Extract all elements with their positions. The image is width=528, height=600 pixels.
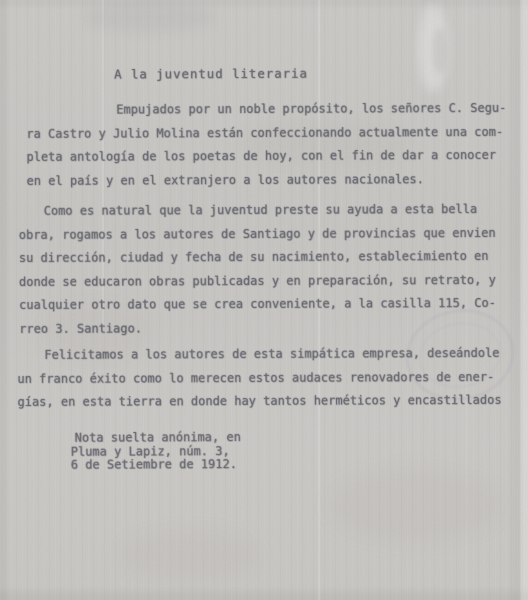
text-line: Como es natural que la juventud preste s… (19, 198, 528, 224)
text-line: rreo 3. Santiago. (19, 316, 528, 342)
text-line: pleta antología de los poetas de hoy, co… (26, 144, 528, 170)
text-line: obra, rogamos a los autores de Santiago … (19, 221, 528, 247)
text-line: cualquier otro dato que se crea convenie… (19, 292, 528, 318)
text-line: 6 de Setiembre de 1912. (71, 458, 241, 472)
paragraph-2: Como es natural que la juventud preste s… (19, 198, 528, 342)
text-line: Felicitamos a los autores de esta simpát… (17, 342, 528, 368)
text-line: gías, en esta tierra en donde hay tantos… (17, 389, 528, 415)
text-line: ra Castro y Julio Molina están confeccio… (26, 120, 528, 146)
text-line: Nota suelta anónima, en (71, 431, 241, 445)
typewritten-content: A la juventud literaria Empujados por un… (0, 0, 528, 600)
text-line: un franco éxito como lo merecen estos au… (17, 365, 528, 391)
text-line: su dirección, ciudad y fecha de su nacim… (19, 245, 528, 271)
text-line: en el país y en el extranjero a los auto… (26, 168, 528, 194)
document-title: A la juventud literaria (114, 66, 308, 82)
text-line: Empujados por un noble propósito, los se… (26, 97, 528, 123)
citation-note: Nota suelta anónima, en Pluma y Lapiz, n… (71, 431, 241, 472)
text-line: donde se educaron obras publicadas y en … (19, 269, 528, 295)
scanned-document-page: A la juventud literaria Empujados por un… (0, 0, 528, 600)
paragraph-1: Empujados por un noble propósito, los se… (26, 97, 528, 194)
paragraph-3: Felicitamos a los autores de esta simpát… (17, 342, 528, 415)
